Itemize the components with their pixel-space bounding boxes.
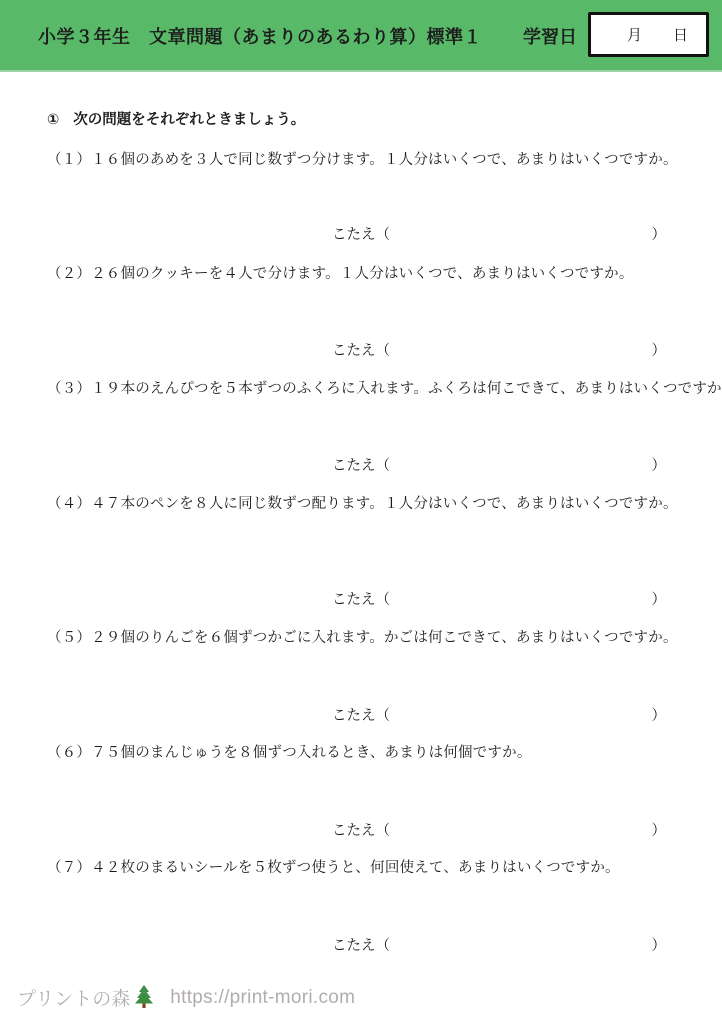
- answer-label: こたえ（: [332, 454, 390, 475]
- problem-number: （４）: [47, 496, 91, 512]
- problem-number: （２）: [47, 266, 91, 282]
- answer-close-paren: ）: [652, 704, 667, 725]
- answer-label: こたえ（: [332, 934, 390, 955]
- answer-line-4: こたえ（ ）: [332, 588, 666, 609]
- problem-number: （５）: [47, 630, 91, 646]
- problem-text: ７５個のまんじゅうを８個ずつ入れるとき、あまりは何個ですか。: [91, 745, 531, 761]
- problem-text: ２９個のりんごを６個ずつかごに入れます。かごは何こできて、あまりはいくつですか。: [91, 630, 678, 646]
- answer-close-paren: ）: [652, 934, 667, 955]
- problem-7: （７）４２枚のまるいシールを５枚ずつ使うと、何回使えて、あまりはいくつですか。: [47, 856, 620, 877]
- problem-2: （２）２６個のクッキーを４人で分けます。１人分はいくつで、あまりはいくつですか。: [47, 262, 634, 283]
- problem-6: （６）７５個のまんじゅうを８個ずつ入れるとき、あまりは何個ですか。: [47, 741, 532, 762]
- problem-text: ４７本のペンを８人に同じ数ずつ配ります。１人分はいくつで、あまりはいくつですか。: [91, 496, 678, 512]
- problem-text: １６個のあめを３人で同じ数ずつ分けます。１人分はいくつで、あまりはいくつですか。: [91, 152, 678, 168]
- site-name: プリントの森: [17, 984, 130, 1011]
- answer-line-5: こたえ（ ）: [332, 704, 666, 725]
- instruction-number: ①: [47, 112, 59, 128]
- answer-label: こたえ（: [332, 588, 390, 609]
- answer-label: こたえ（: [332, 819, 390, 840]
- problem-1: （１）１６個のあめを３人で同じ数ずつ分けます。１人分はいくつで、あまりはいくつで…: [47, 148, 678, 169]
- site-url-link[interactable]: https://print-mori.com: [170, 987, 355, 1009]
- answer-close-paren: ）: [652, 588, 667, 609]
- answer-close-paren: ）: [652, 223, 667, 244]
- problem-number: （１）: [47, 152, 91, 168]
- instruction-line: ①次の問題をそれぞれときましょう。: [47, 108, 305, 129]
- answer-line-7: こたえ（ ）: [332, 934, 666, 955]
- study-date-label: 学習日: [523, 0, 577, 72]
- answer-label: こたえ（: [332, 339, 390, 360]
- date-input-box: 月 日: [588, 12, 709, 57]
- problem-number: （７）: [47, 860, 91, 876]
- answer-line-6: こたえ（ ）: [332, 819, 666, 840]
- problem-4: （４）４７本のペンを８人に同じ数ずつ配ります。１人分はいくつで、あまりはいくつで…: [47, 492, 678, 513]
- header-banner: 小学３年生 文章問題（あまりのあるわり算）標準１ 学習日 月 日: [0, 0, 722, 72]
- evergreen-tree-icon: [134, 985, 154, 1008]
- answer-line-2: こたえ（ ）: [332, 339, 666, 360]
- day-label: 日: [673, 24, 688, 45]
- answer-close-paren: ）: [652, 339, 667, 360]
- instruction-text: 次の問題をそれぞれときましょう。: [73, 112, 305, 128]
- problem-text: １９本のえんぴつを５本ずつのふくろに入れます。ふくろは何こできて、あまりはいくつ…: [91, 381, 722, 397]
- footer: プリントの森 https://print-mori.com: [17, 984, 355, 1011]
- problem-number: （３）: [47, 381, 91, 397]
- answer-close-paren: ）: [652, 819, 667, 840]
- answer-label: こたえ（: [332, 704, 390, 725]
- answer-label: こたえ（: [332, 223, 390, 244]
- problem-number: （６）: [47, 745, 91, 761]
- problem-text: ４２枚のまるいシールを５枚ずつ使うと、何回使えて、あまりはいくつですか。: [91, 860, 620, 876]
- page-title: 小学３年生 文章問題（あまりのあるわり算）標準１: [38, 0, 482, 72]
- problem-5: （５）２９個のりんごを６個ずつかごに入れます。かごは何こできて、あまりはいくつで…: [47, 626, 678, 647]
- month-label: 月: [627, 24, 642, 45]
- answer-line-1: こたえ（ ）: [332, 223, 666, 244]
- problem-3: （３）１９本のえんぴつを５本ずつのふくろに入れます。ふくろは何こできて、あまりは…: [47, 377, 722, 398]
- answer-line-3: こたえ（ ）: [332, 454, 666, 475]
- worksheet-page: 小学３年生 文章問題（あまりのあるわり算）標準１ 学習日 月 日 ①次の問題をそ…: [0, 0, 722, 1024]
- problem-text: ２６個のクッキーを４人で分けます。１人分はいくつで、あまりはいくつですか。: [91, 266, 633, 282]
- answer-close-paren: ）: [652, 454, 667, 475]
